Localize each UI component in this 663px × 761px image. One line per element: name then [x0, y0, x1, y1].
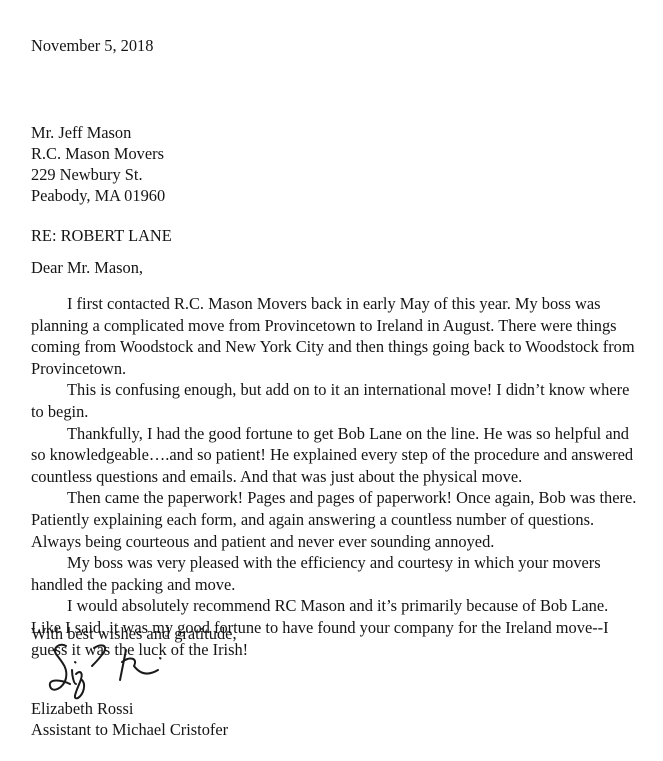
letter-date: November 5, 2018: [31, 36, 153, 56]
signer-title: Assistant to Michael Cristofer: [31, 720, 228, 740]
body-paragraph: I first contacted R.C. Mason Movers back…: [31, 293, 641, 379]
recipient-company: R.C. Mason Movers: [31, 144, 164, 164]
body-paragraph: This is confusing enough, but add on to …: [31, 379, 641, 422]
recipient-city: Peabody, MA 01960: [31, 186, 165, 206]
recipient-street: 229 Newbury St.: [31, 165, 143, 185]
body-paragraph: My boss was very pleased with the effici…: [31, 552, 641, 595]
signature-icon: [38, 640, 188, 702]
signer-name: Elizabeth Rossi: [31, 699, 133, 719]
subject-line: RE: ROBERT LANE: [31, 226, 172, 246]
body-paragraph: Thankfully, I had the good fortune to ge…: [31, 423, 641, 488]
recipient-name: Mr. Jeff Mason: [31, 123, 131, 143]
body-paragraph: Then came the paperwork! Pages and pages…: [31, 487, 641, 552]
letter-body: I first contacted R.C. Mason Movers back…: [31, 293, 641, 660]
salutation: Dear Mr. Mason,: [31, 258, 143, 278]
